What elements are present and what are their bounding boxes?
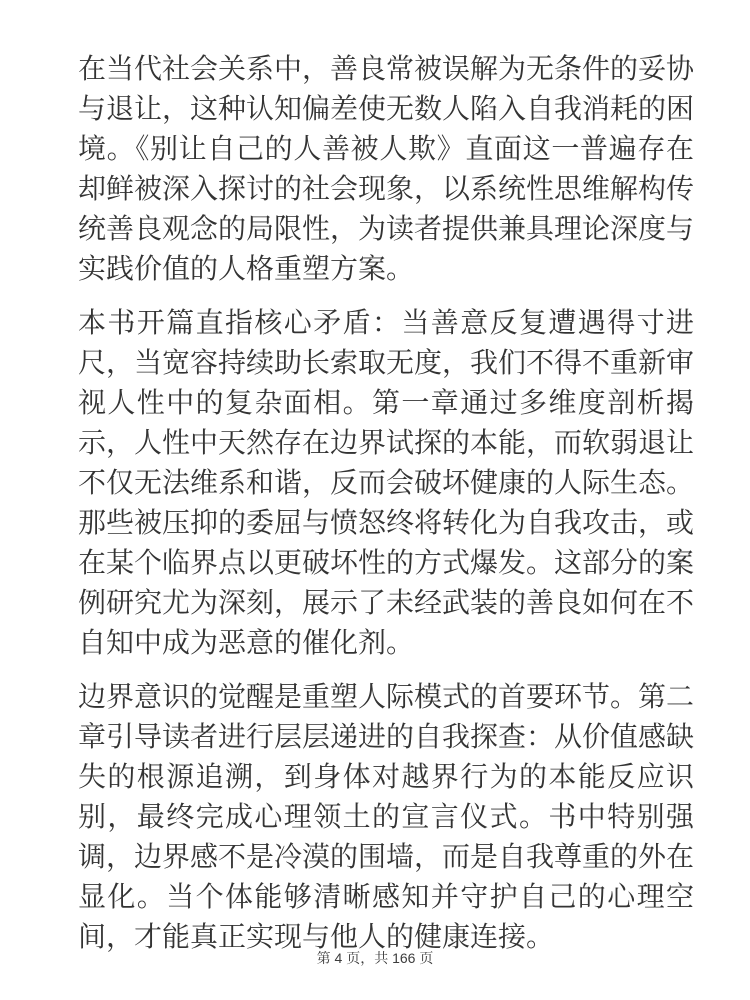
- paragraph-chapter-two: 边界意识的觉醒是重塑人际模式的首要环节。第二章引导读者进行层层递进的自我探查：从…: [78, 677, 694, 957]
- page-indicator: 第 4 页，共 166 页: [0, 948, 750, 968]
- paragraph-intro: 在当代社会关系中，善良常被误解为无条件的妥协与退让，这种认知偏差使无数人陷入自我…: [78, 49, 694, 289]
- document-page: 在当代社会关系中，善良常被误解为无条件的妥协与退让，这种认知偏差使无数人陷入自我…: [0, 0, 750, 1000]
- document-body: 在当代社会关系中，善良常被误解为无条件的妥协与退让，这种认知偏差使无数人陷入自我…: [78, 49, 694, 957]
- paragraph-chapter-one: 本书开篇直指核心矛盾：当善意反复遭遇得寸进尺，当宽容持续助长索取无度，我们不得不…: [78, 303, 694, 663]
